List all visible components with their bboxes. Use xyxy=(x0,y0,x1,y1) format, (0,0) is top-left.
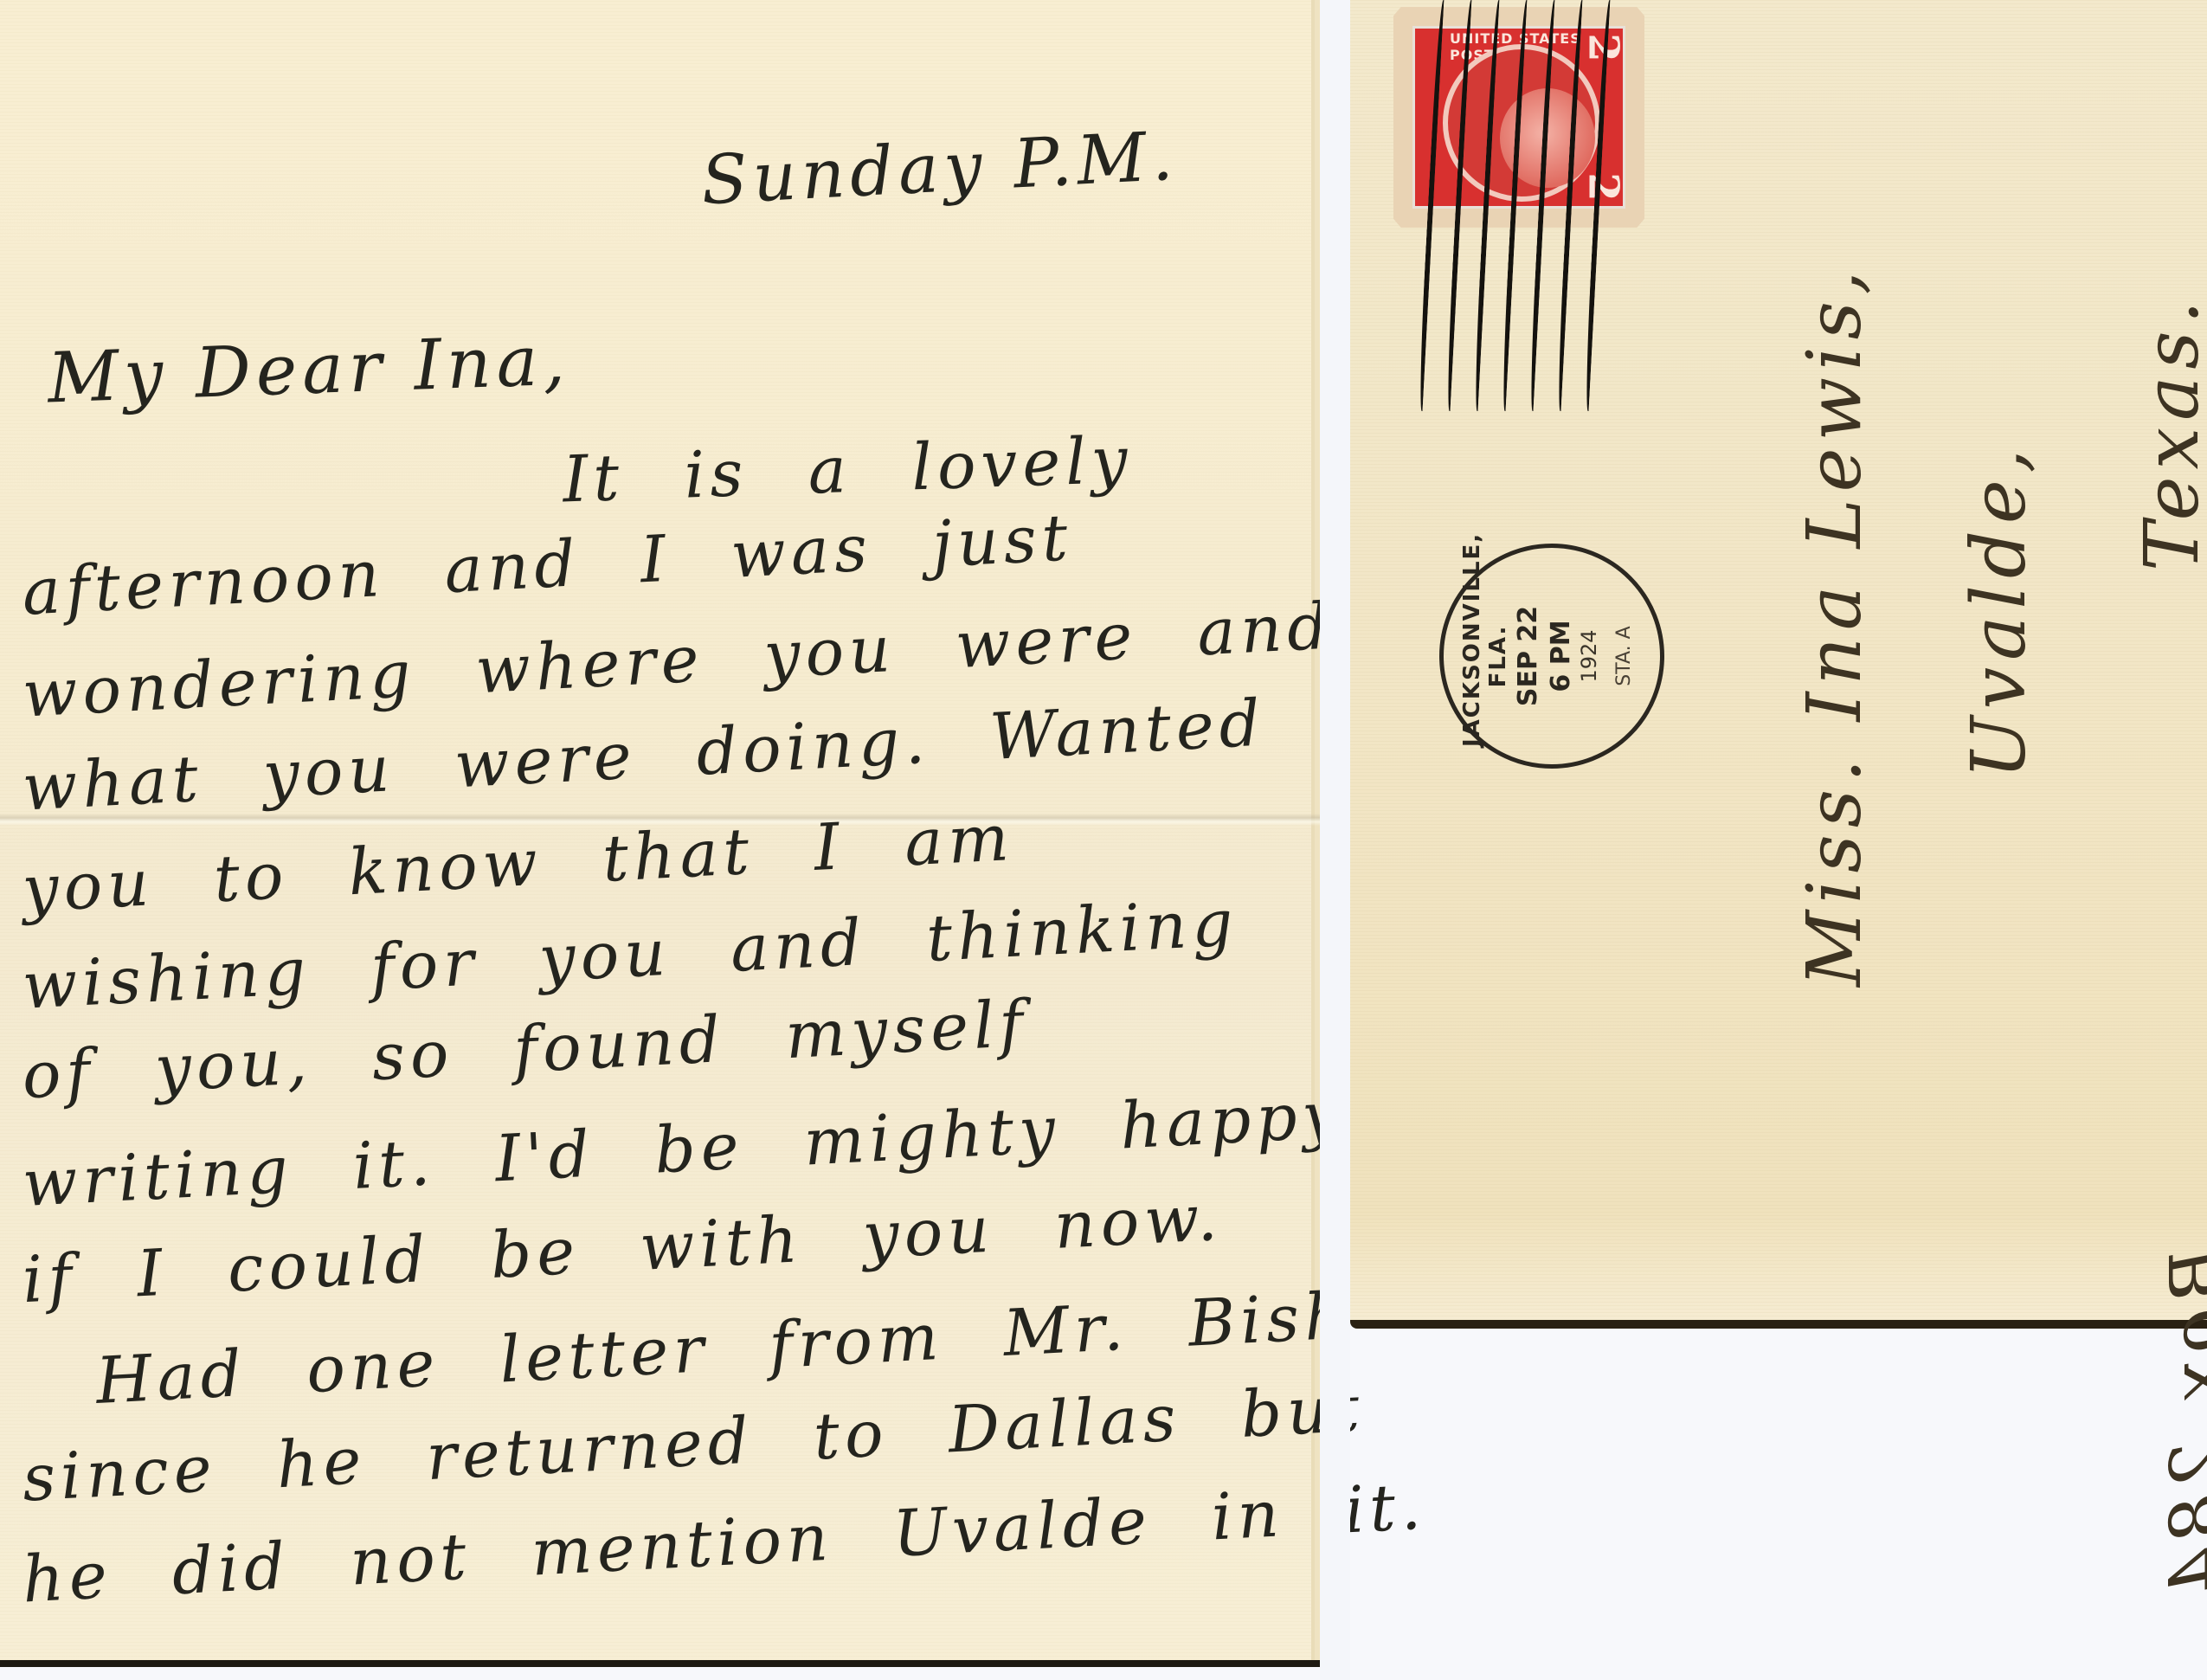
letter-page: Sunday P.M. My Dear Ina, It is a lovely … xyxy=(0,0,1320,1667)
address-state: Texas. xyxy=(2129,293,2207,571)
cancellation-wavy-lines xyxy=(1428,0,1627,411)
postmark-date: SEP 22 xyxy=(1513,548,1543,764)
postmark-year: 1924 xyxy=(1577,548,1601,764)
address-name: Miss. Ina Lewis, xyxy=(1792,264,1878,987)
postmark-city: JACKSONVILLE, FLA. xyxy=(1459,565,1511,747)
postmark-station: STA. A xyxy=(1613,548,1635,764)
address-box: Box 284 xyxy=(2155,1246,2207,1602)
address-city: Uvalde, xyxy=(1956,442,2043,779)
letter-dateline: Sunday P.M. xyxy=(699,118,1180,221)
envelope: UNITED STATES POSTAGE 2 2 JACKSONVILLE, … xyxy=(1350,0,2207,1329)
letter-salutation: My Dear Ina, xyxy=(47,319,572,418)
postmark-time: 6 PM xyxy=(1546,548,1576,764)
postmark: JACKSONVILLE, FLA. SEP 22 6 PM 1924 STA.… xyxy=(1439,544,1664,769)
scan-background xyxy=(1320,0,1350,1680)
